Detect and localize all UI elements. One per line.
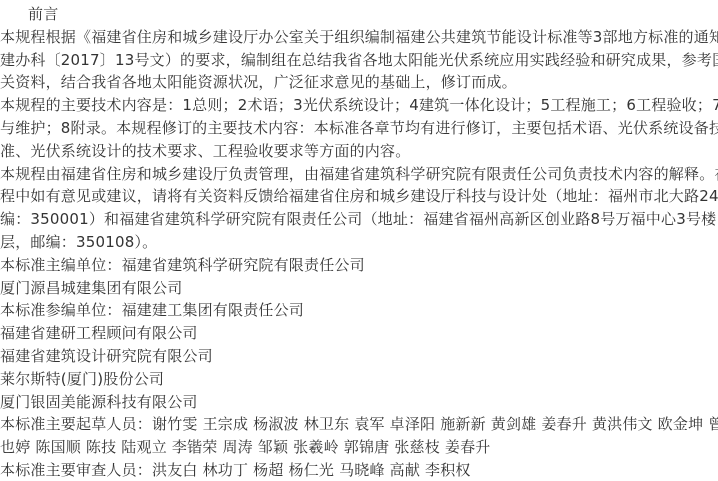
- text-line: 本标准参编单位：福建建工集团有限责任公司: [0, 299, 718, 322]
- text-line: 准、光伏系统设计的技术要求、工程验收要求等方面的内容。: [0, 140, 718, 163]
- text-line: 福建省建筑设计研究院有限公司: [0, 345, 718, 368]
- text-line: 本规程根据《福建省住房和城乡建设厅办公室关于组织编制福建公共建筑节能设计标准等3…: [0, 26, 718, 49]
- text-line: 本规程的主要技术内容是：1总则；2术语；3光伏系统设计；4建筑一体化设计；5工程…: [0, 94, 718, 117]
- text-line: 程中如有意见或建议，请将有关资料反馈给福建省住房和城乡建设厅科技与设计处（地址：…: [0, 185, 718, 208]
- text-line: 本标准主要起草人员：谢竹雯 王宗成 杨淑波 林卫东 袁军 卓泽阳 施新新 黄剑雄…: [0, 413, 718, 436]
- text-line: 关资料，结合我省各地太阳能资源状况，广泛征求意见的基础上，修订而成。: [0, 71, 718, 94]
- text-line: 本规程由福建省住房和城乡建设厅负责管理，由福建省建筑科学研究院有限责任公司负责技…: [0, 163, 718, 186]
- text-line: 建办科〔2017〕13号文）的要求，编制组在总结我省各地太阳能光伏系统应用实践经…: [0, 49, 718, 72]
- text-line: 也婷 陈国顺 陈技 陆观立 李锴荣 周涛 邹颖 张羲岭 郭锦唐 张慈枝 姜春升: [0, 436, 718, 459]
- text-line: 莱尔斯特(厦门)股份公司: [0, 368, 718, 391]
- text-line: 厦门银固美能源科技有限公司: [0, 391, 718, 414]
- document-title: 前言: [0, 3, 718, 26]
- text-line: 本标准主要审查人员：洪友白 林功丁 杨超 杨仁光 马晓峰 高献 李积权: [0, 459, 718, 481]
- text-line: 福建省建研工程顾问有限公司: [0, 322, 718, 345]
- text-line: 本标准主编单位：福建省建筑科学研究院有限责任公司: [0, 254, 718, 277]
- text-line: 层，邮编：350108）。: [0, 231, 718, 254]
- document-page: 前言 本规程根据《福建省住房和城乡建设厅办公室关于组织编制福建公共建筑节能设计标…: [0, 0, 718, 481]
- text-line: 编：350001）和福建省建筑科学研究院有限责任公司（地址：福建省福州高新区创业…: [0, 208, 718, 231]
- text-line: 厦门源昌城建集团有限公司: [0, 277, 718, 300]
- text-line: 与维护；8附录。本规程修订的主要技术内容：本标准各章节均有进行修订，主要包括术语…: [0, 117, 718, 140]
